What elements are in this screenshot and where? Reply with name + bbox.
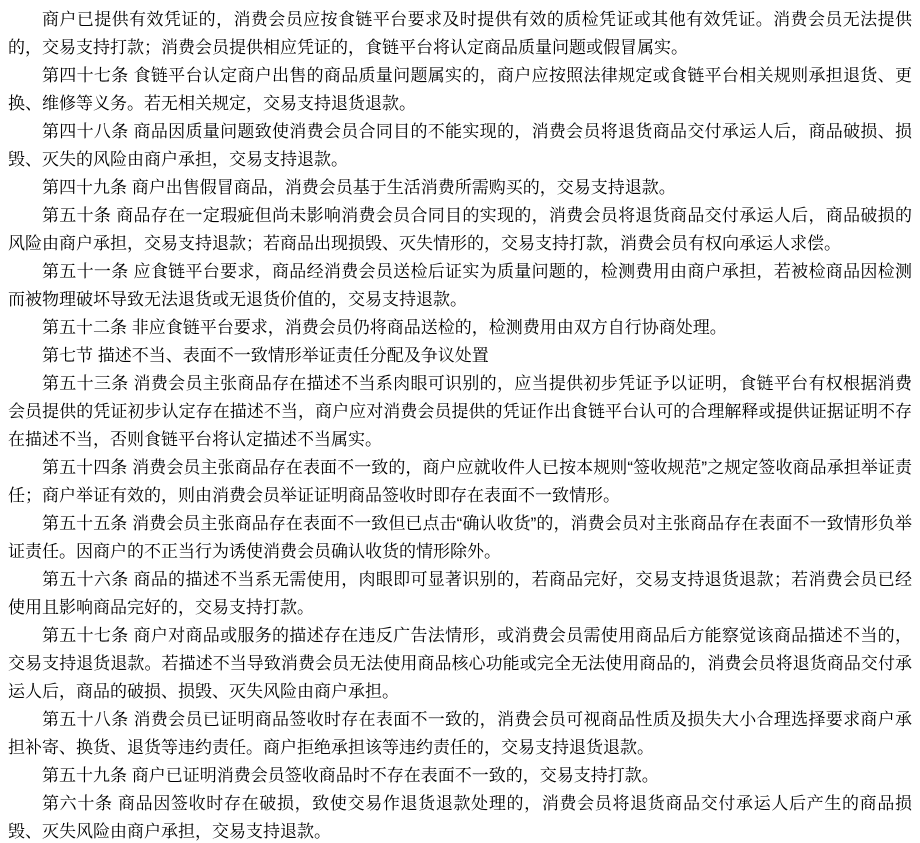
document-page: 商户已提供有效凭证的，消费会员应按食链平台要求及时提供有效的质检凭证或其他有效凭…	[0, 0, 920, 843]
paragraph-article-48: 第四十八条 商品因质量问题致使消费会员合同目的不能实现的，消费会员将退货商品交付…	[8, 118, 912, 174]
paragraph-article-59: 第五十九条 商户已证明消费会员签收商品时不存在表面不一致的，交易支持打款。	[8, 762, 912, 790]
paragraph-article-55: 第五十五条 消费会员主张商品存在表面不一致但已点击“确认收货”的，消费会员对主张…	[8, 510, 912, 566]
paragraph-article-52: 第五十二条 非应食链平台要求，消费会员仍将商品送检的，检测费用由双方自行协商处理…	[8, 314, 912, 342]
paragraph-article-47: 第四十七条 食链平台认定商户出售的商品质量问题属实的，商户应按照法律规定或食链平…	[8, 62, 912, 118]
paragraph-article-50: 第五十条 商品存在一定瑕疵但尚未影响消费会员合同目的实现的，消费会员将退货商品交…	[8, 202, 912, 258]
paragraph-article-56: 第五十六条 商品的描述不当系无需使用，肉眼即可显著识别的，若商品完好，交易支持退…	[8, 566, 912, 622]
paragraph-article-57: 第五十七条 商户对商品或服务的描述存在违反广告法情形，或消费会员需使用商品后方能…	[8, 622, 912, 706]
paragraph-article-54: 第五十四条 消费会员主张商品存在表面不一致的，商户应就收件人已按本规则“签收规范…	[8, 454, 912, 510]
paragraph-article-58: 第五十八条 消费会员已证明商品签收时存在表面不一致的，消费会员可视商品性质及损失…	[8, 706, 912, 762]
paragraph-article-60: 第六十条 商品因签收时存在破损，致使交易作退货退款处理的，消费会员将退货商品交付…	[8, 790, 912, 843]
paragraph-article-49: 第四十九条 商户出售假冒商品，消费会员基于生活消费所需购买的，交易支持退款。	[8, 174, 912, 202]
paragraph-article-53: 第五十三条 消费会员主张商品存在描述不当系肉眼可识别的，应当提供初步凭证予以证明…	[8, 370, 912, 454]
paragraph-continuation-merchant-voucher: 商户已提供有效凭证的，消费会员应按食链平台要求及时提供有效的质检凭证或其他有效凭…	[8, 6, 912, 62]
section-7-heading: 第七节 描述不当、表面不一致情形举证责任分配及争议处置	[8, 342, 912, 370]
paragraph-article-51: 第五十一条 应食链平台要求，商品经消费会员送检后证实为质量问题的，检测费用由商户…	[8, 258, 912, 314]
